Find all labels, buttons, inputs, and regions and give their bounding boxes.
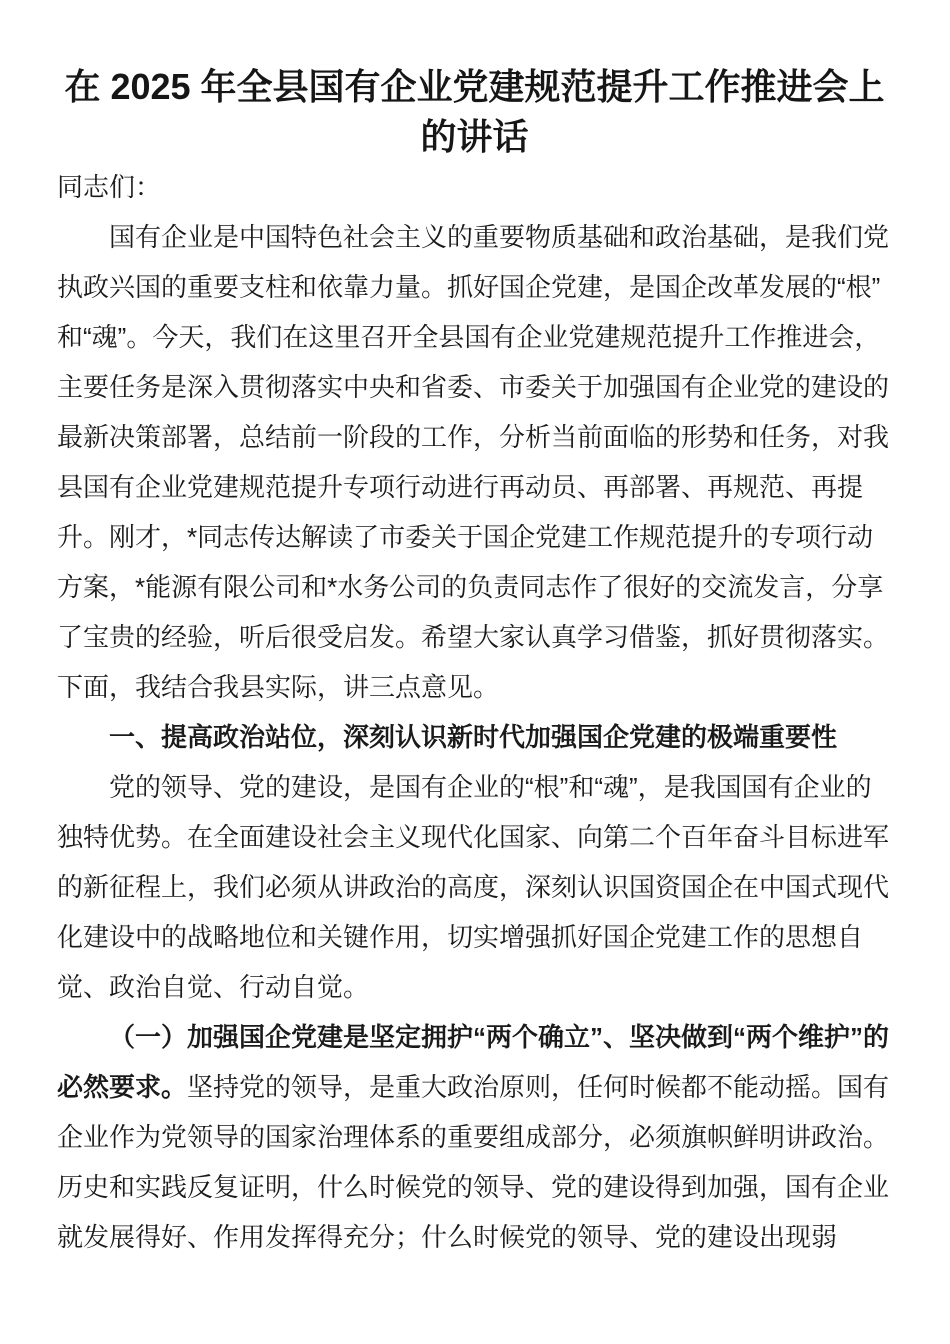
paragraph: 国有企业是中国特色社会主义的重要物质基础和政治基础，是我们党执政兴国的重要支柱和… <box>57 212 892 712</box>
bold-text-segment: 一、提高政治站位，深刻认识新时代加强国企党建的极端重要性 <box>109 722 837 752</box>
document-page: 在 2025 年全县国有企业党建规范提升工作推进会上的讲话 同志们： 国有企业是… <box>0 0 950 1344</box>
paragraph: 党的领导、党的建设，是国有企业的“根”和“魂”，是我国国有企业的独特优势。在全面… <box>57 762 892 1012</box>
paragraph: （一）加强国企党建是坚定拥护“两个确立”、坚决做到“两个维护”的必然要求。坚持党… <box>57 1012 892 1262</box>
document-title: 在 2025 年全县国有企业党建规范提升工作推进会上的讲话 <box>57 62 892 162</box>
text-segment: 国有企业是中国特色社会主义的重要物质基础和政治基础，是我们党执政兴国的重要支柱和… <box>57 222 889 702</box>
section-heading: 一、提高政治站位，深刻认识新时代加强国企党建的极端重要性 <box>57 712 892 762</box>
text-segment: 党的领导、党的建设，是国有企业的“根”和“魂”，是我国国有企业的独特优势。在全面… <box>57 772 889 1002</box>
salutation: 同志们： <box>57 162 892 212</box>
document-body: 国有企业是中国特色社会主义的重要物质基础和政治基础，是我们党执政兴国的重要支柱和… <box>57 212 892 1262</box>
